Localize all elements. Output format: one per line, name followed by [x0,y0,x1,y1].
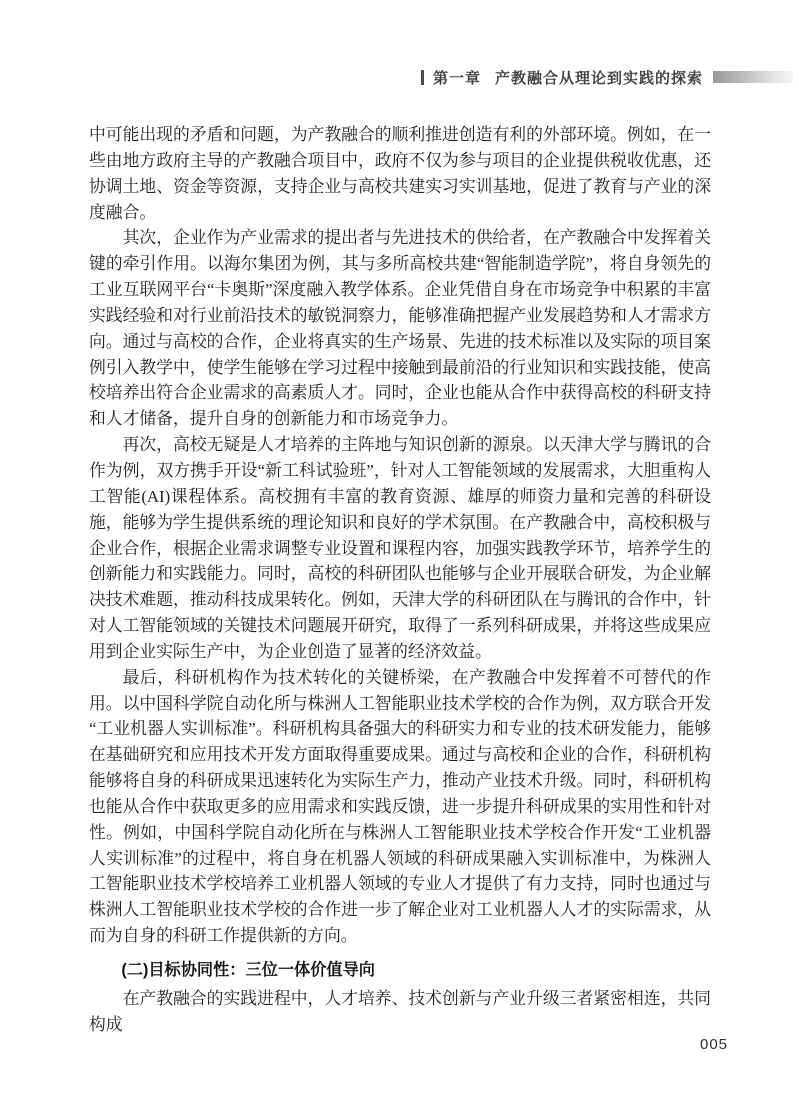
page-number: 005 [700,1036,728,1053]
paragraph-continued: 中可能出现的矛盾和问题，为产教融合的顺利推进创造有利的外部环境。例如，在一些由地… [89,122,711,225]
paragraph-enterprise-role: 其次，企业作为产业需求的提出者与先进技术的供给者，在产教融合中发挥着关键的牵引作… [89,225,711,432]
chapter-tick-icon [421,70,424,85]
body-text-column: 中可能出现的矛盾和问题，为产教融合的顺利推进创造有利的外部环境。例如，在一些由地… [89,122,711,1038]
paragraph-closing-truncated: 在产教融合的实践进程中，人才培养、技术创新与产业升级三者紧密相连，共同构成 [89,986,711,1038]
chapter-number: 第一章 [433,67,481,88]
section-subheading: (二)目标协同性：三位一体价值导向 [89,958,711,984]
header-gradient-bar [713,71,793,83]
paragraph-research-institute-role: 最后，科研机构作为技术转化的关键桥梁，在产教融合中发挥着不可替代的作用。以中国科… [89,665,711,949]
book-page: 第一章 产教融合从理论到实践的探索 中可能出现的矛盾和问题，为产教融合的顺利推进… [0,0,799,1114]
paragraph-university-role: 再次，高校无疑是人才培养的主阵地与知识创新的源泉。以天津大学与腾讯的合作为例，双… [89,432,711,665]
running-header: 第一章 产教融合从理论到实践的探索 [0,67,799,87]
chapter-title: 产教融合从理论到实践的探索 [495,67,703,88]
